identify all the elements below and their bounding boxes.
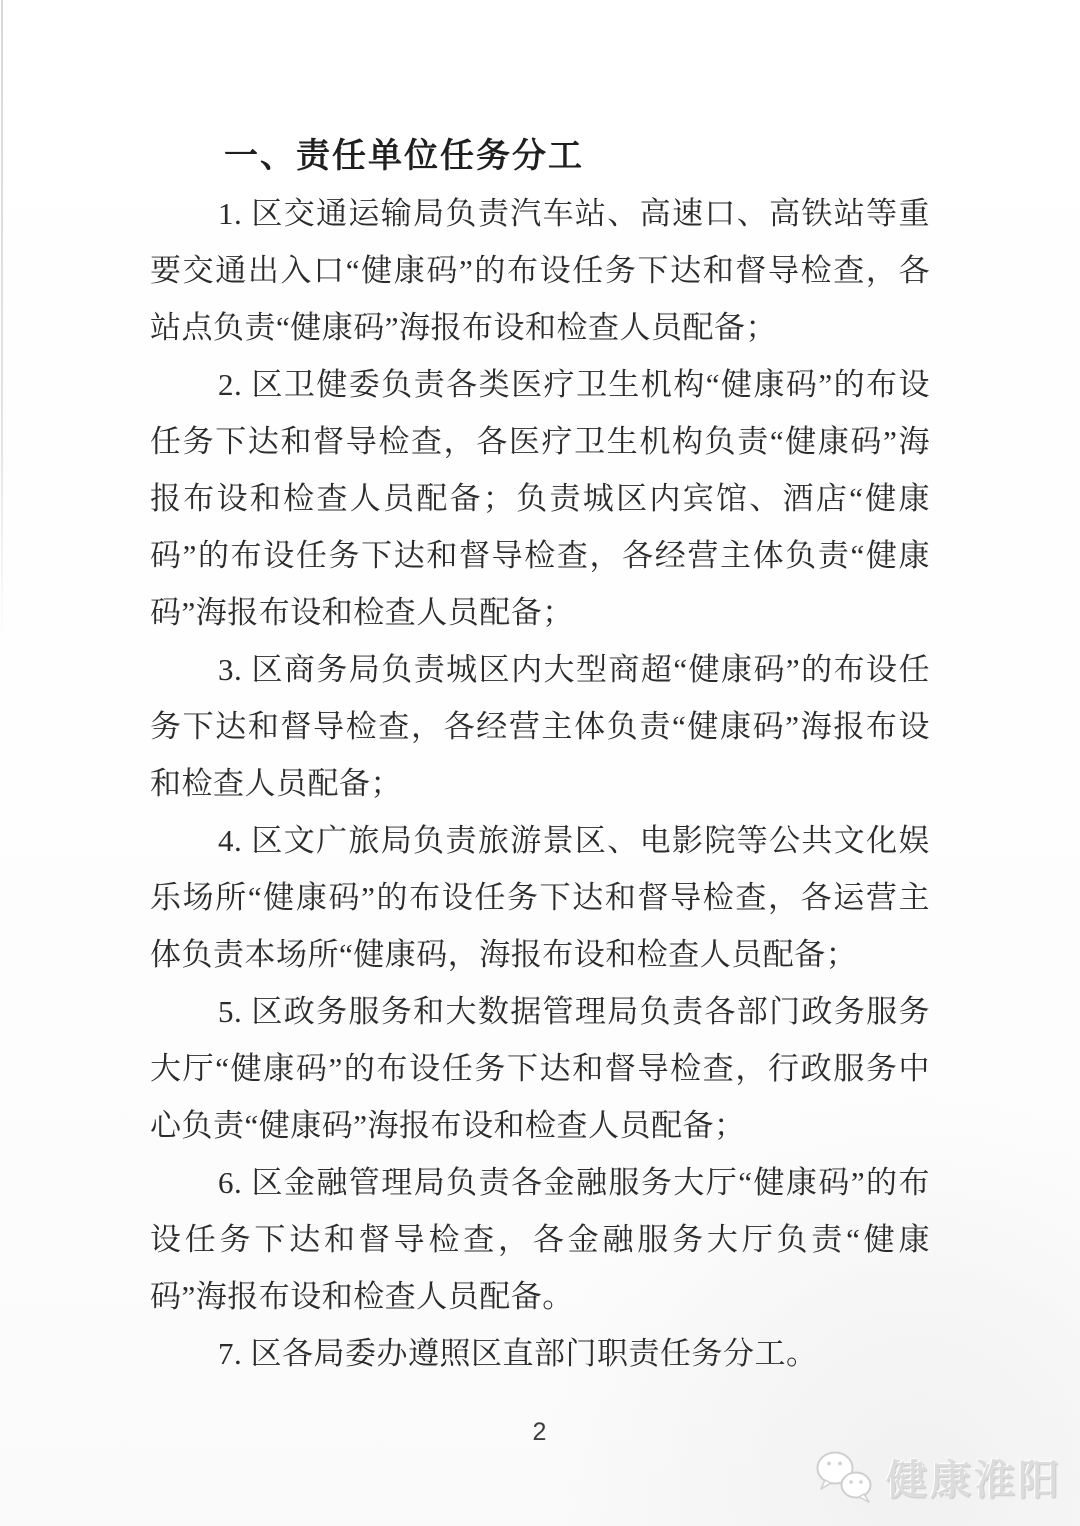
watermark: 健康淮阳 — [814, 1447, 1062, 1506]
wechat-icon — [814, 1449, 876, 1505]
section-heading: 一、责任单位任务分工 — [150, 128, 930, 185]
paragraph-4: 4. 区文广旅局负责旅游景区、电影院等公共文化娱乐场所“健康码”的布设任务下达和… — [150, 812, 930, 983]
paragraph-5: 5. 区政务服务和大数据管理局负责各部门政务服务大厅“健康码”的布设任务下达和督… — [150, 983, 930, 1154]
paragraph-2: 2. 区卫健委负责各类医疗卫生机构“健康码”的布设任务下达和督导检查，各医疗卫生… — [150, 356, 930, 641]
page-footer: 2 — [0, 1418, 1080, 1447]
watermark-label: 健康淮阳 — [886, 1447, 1062, 1506]
paragraph-7: 7. 区各局委办遵照区直部门职责任务分工。 — [150, 1325, 930, 1382]
paragraph-1: 1. 区交通运输局负责汽车站、高速口、高铁站等重要交通出入口“健康码”的布设任务… — [150, 185, 930, 356]
page-number: 2 — [533, 1418, 548, 1446]
document-content: 一、责任单位任务分工 1. 区交通运输局负责汽车站、高速口、高铁站等重要交通出入… — [150, 128, 930, 1382]
paragraph-6: 6. 区金融管理局负责各金融服务大厅“健康码”的布设任务下达和督导检查，各金融服… — [150, 1154, 930, 1325]
document-page: 一、责任单位任务分工 1. 区交通运输局负责汽车站、高速口、高铁站等重要交通出入… — [0, 0, 1080, 1526]
scan-edge-artifact — [1, 0, 3, 640]
paragraph-3: 3. 区商务局负责城区内大型商超“健康码”的布设任务下达和督导检查，各经营主体负… — [150, 641, 930, 812]
